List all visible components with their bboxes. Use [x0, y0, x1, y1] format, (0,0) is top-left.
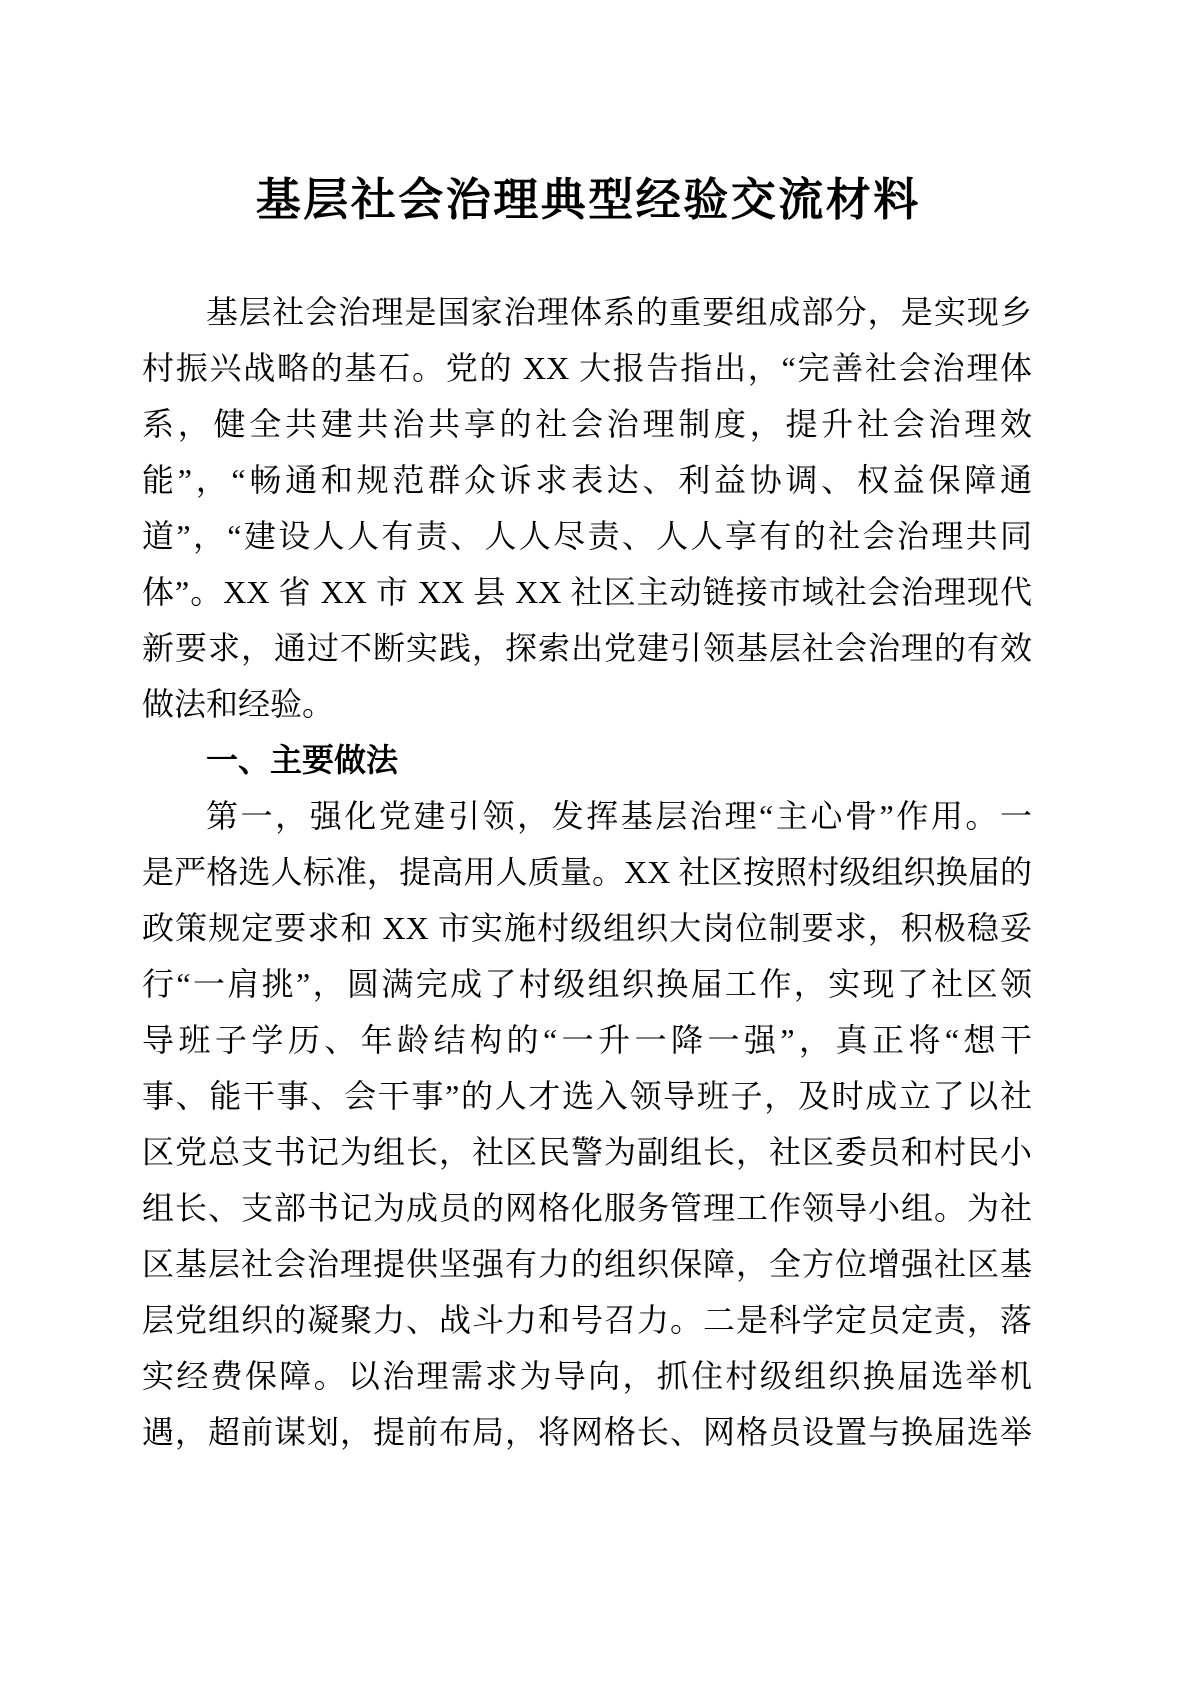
text-line: 做法和经验。 — [142, 676, 1032, 732]
text-line: 实经费保障。以治理需求为导向，抓住村级组织换届选举机 — [142, 1348, 1032, 1404]
document-page: 基层社会治理典型经验交流材料 基层社会治理是国家治理体系的重要组成部分，是实现乡… — [0, 0, 1190, 1683]
text-line: 组长、支部书记为成员的网格化服务管理工作领导小组。为社 — [142, 1180, 1032, 1236]
text-line: 区党总支书记为组长，社区民警为副组长，社区委员和村民小 — [142, 1124, 1032, 1180]
text-line: 层党组织的凝聚力、战斗力和号召力。二是科学定员定责，落 — [142, 1292, 1032, 1348]
document-content: 基层社会治理典型经验交流材料 基层社会治理是国家治理体系的重要组成部分，是实现乡… — [142, 172, 1032, 1460]
text-line: 导班子学历、年龄结构的“一升一降一强”，真正将“想干 — [142, 1012, 1032, 1068]
text-line: 事、能干事、会干事”的人才选入领导班子，及时成立了以社 — [142, 1068, 1032, 1124]
section-heading: 一、主要做法 — [142, 732, 1032, 788]
text-line: 行“一肩挑”，圆满完成了村级组织换届工作，实现了社区领 — [142, 956, 1032, 1012]
text-line: 基层社会治理是国家治理体系的重要组成部分，是实现乡 — [142, 284, 1032, 340]
document-title: 基层社会治理典型经验交流材料 — [142, 172, 1032, 228]
text-line: 区基层社会治理提供坚强有力的组织保障，全方位增强社区基 — [142, 1236, 1032, 1292]
text-line: 新要求，通过不断实践，探索出党建引领基层社会治理的有效 — [142, 620, 1032, 676]
text-line: 系，健全共建共治共享的社会治理制度，提升社会治理效 — [142, 396, 1032, 452]
text-line: 道”，“建设人人有责、人人尽责、人人享有的社会治理共同 — [142, 508, 1032, 564]
document-body: 基层社会治理是国家治理体系的重要组成部分，是实现乡村振兴战略的基石。党的 XX … — [142, 284, 1032, 1460]
text-line: 政策规定要求和 XX 市实施村级组织大岗位制要求，积极稳妥推 — [142, 900, 1032, 956]
text-line: 体”。XX 省 XX 市 XX 县 XX 社区主动链接市域社会治理现代化 — [142, 564, 1032, 620]
text-line: 能”，“畅通和规范群众诉求表达、利益协调、权益保障通 — [142, 452, 1032, 508]
text-line: 村振兴战略的基石。党的 XX 大报告指出，“完善社会治理体 — [142, 340, 1032, 396]
text-line: 是严格选人标准，提高用人质量。XX 社区按照村级组织换届的 — [142, 844, 1032, 900]
text-line: 第一，强化党建引领，发挥基层治理“主心骨”作用。一 — [142, 788, 1032, 844]
text-line: 遇，超前谋划，提前布局，将网格长、网格员设置与换届选举 — [142, 1404, 1032, 1460]
